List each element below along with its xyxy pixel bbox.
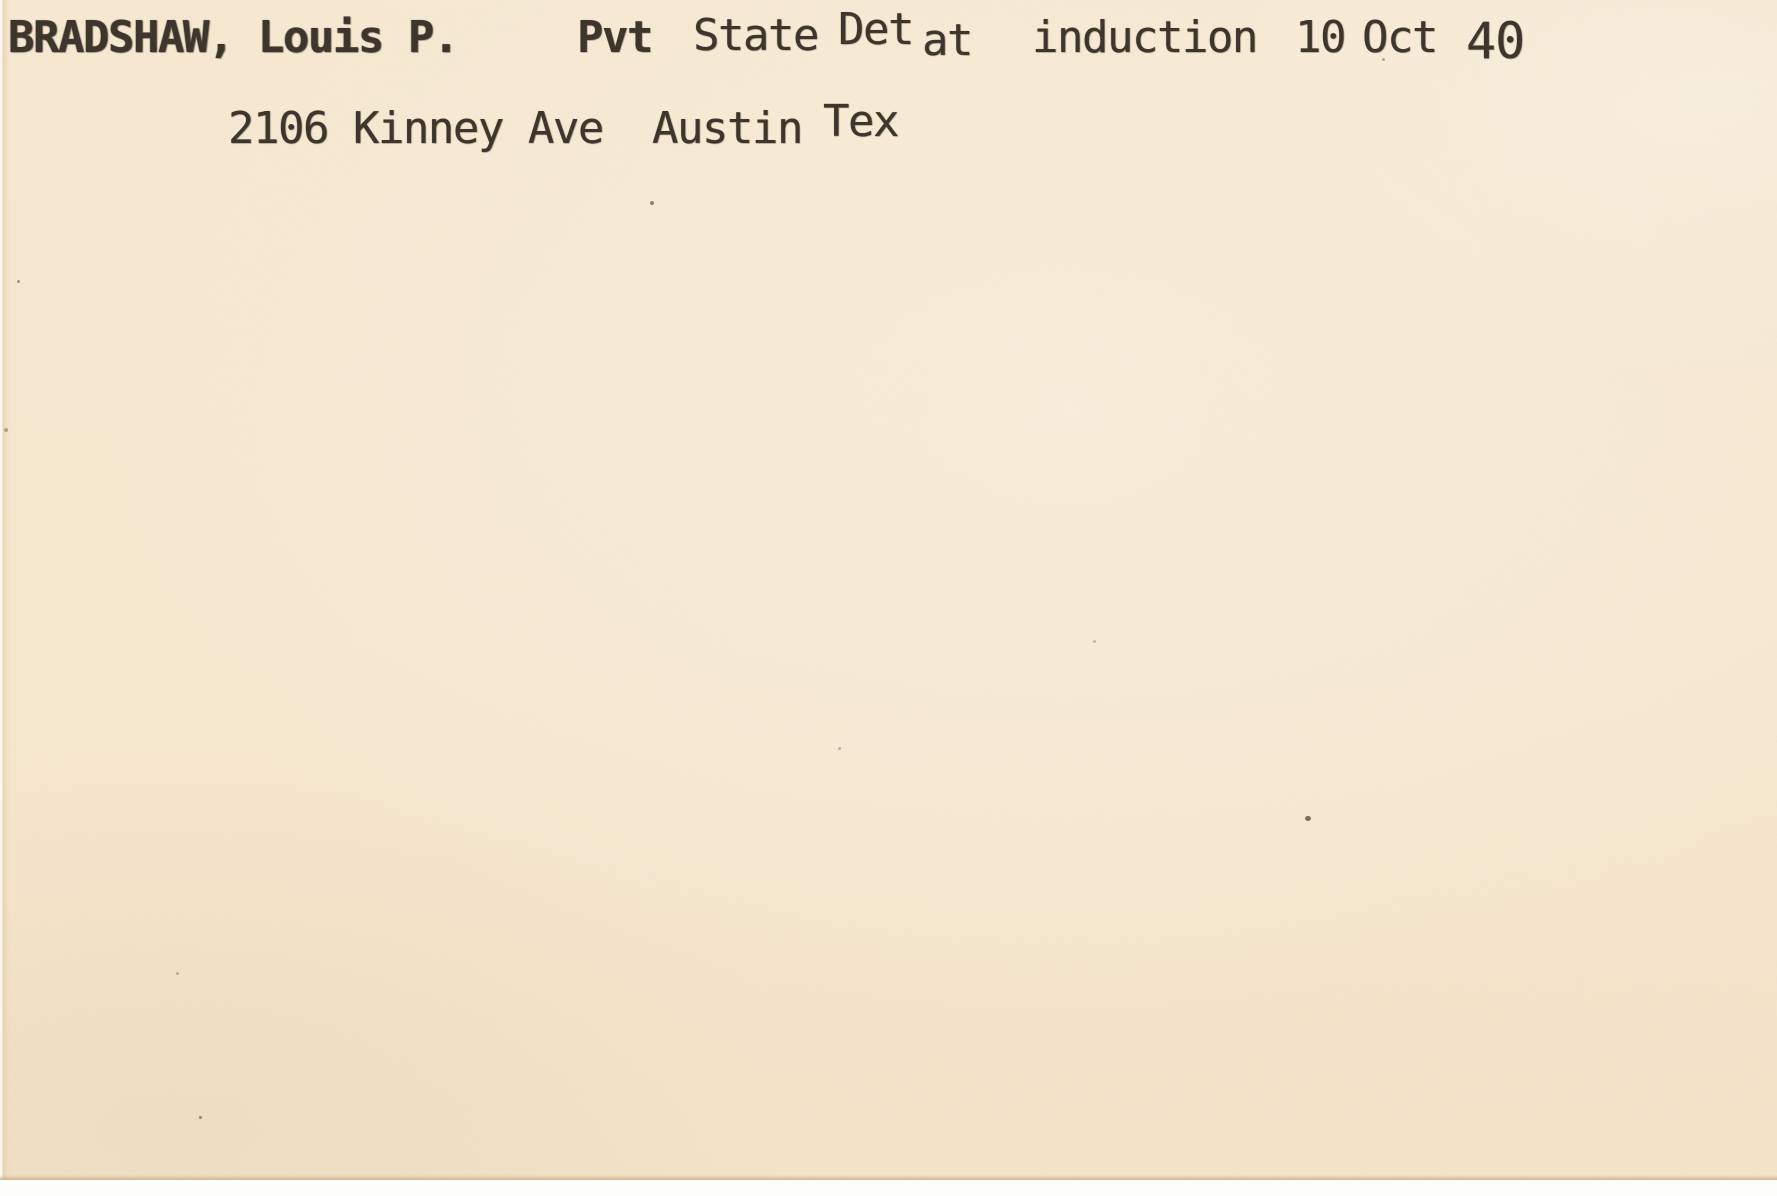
scanned-page: BRADSHAW, Louis P. Pvt State Det at indu… <box>0 0 1777 1196</box>
paper-speck <box>1093 640 1096 643</box>
address-state: Tex <box>823 96 898 147</box>
rank: Pvt <box>577 12 652 63</box>
paper-speck <box>838 747 841 750</box>
induction-day: 10 <box>1295 12 1345 63</box>
word-induction: induction <box>1032 12 1257 63</box>
paper-speck <box>176 972 179 975</box>
paper-speck <box>1305 816 1311 821</box>
org-detachment: Det <box>838 4 913 55</box>
paper-speck <box>17 280 20 283</box>
paper-speck <box>199 1116 202 1119</box>
address-street: 2106 Kinney Ave <box>228 103 603 154</box>
word-at: at <box>922 15 972 66</box>
paper-speck <box>650 201 654 205</box>
scanner-background <box>0 1180 1777 1196</box>
paper-speck <box>1382 58 1385 61</box>
org-state: State <box>693 10 818 61</box>
paper-texture <box>0 0 1777 1180</box>
soldier-name: BRADSHAW, Louis P. <box>8 12 458 63</box>
induction-year: 40 <box>1466 12 1524 70</box>
address-city: Austin <box>652 103 802 154</box>
induction-month: Oct <box>1362 12 1437 63</box>
card-left-edge <box>0 0 10 1180</box>
index-card: BRADSHAW, Louis P. Pvt State Det at indu… <box>0 0 1777 1180</box>
